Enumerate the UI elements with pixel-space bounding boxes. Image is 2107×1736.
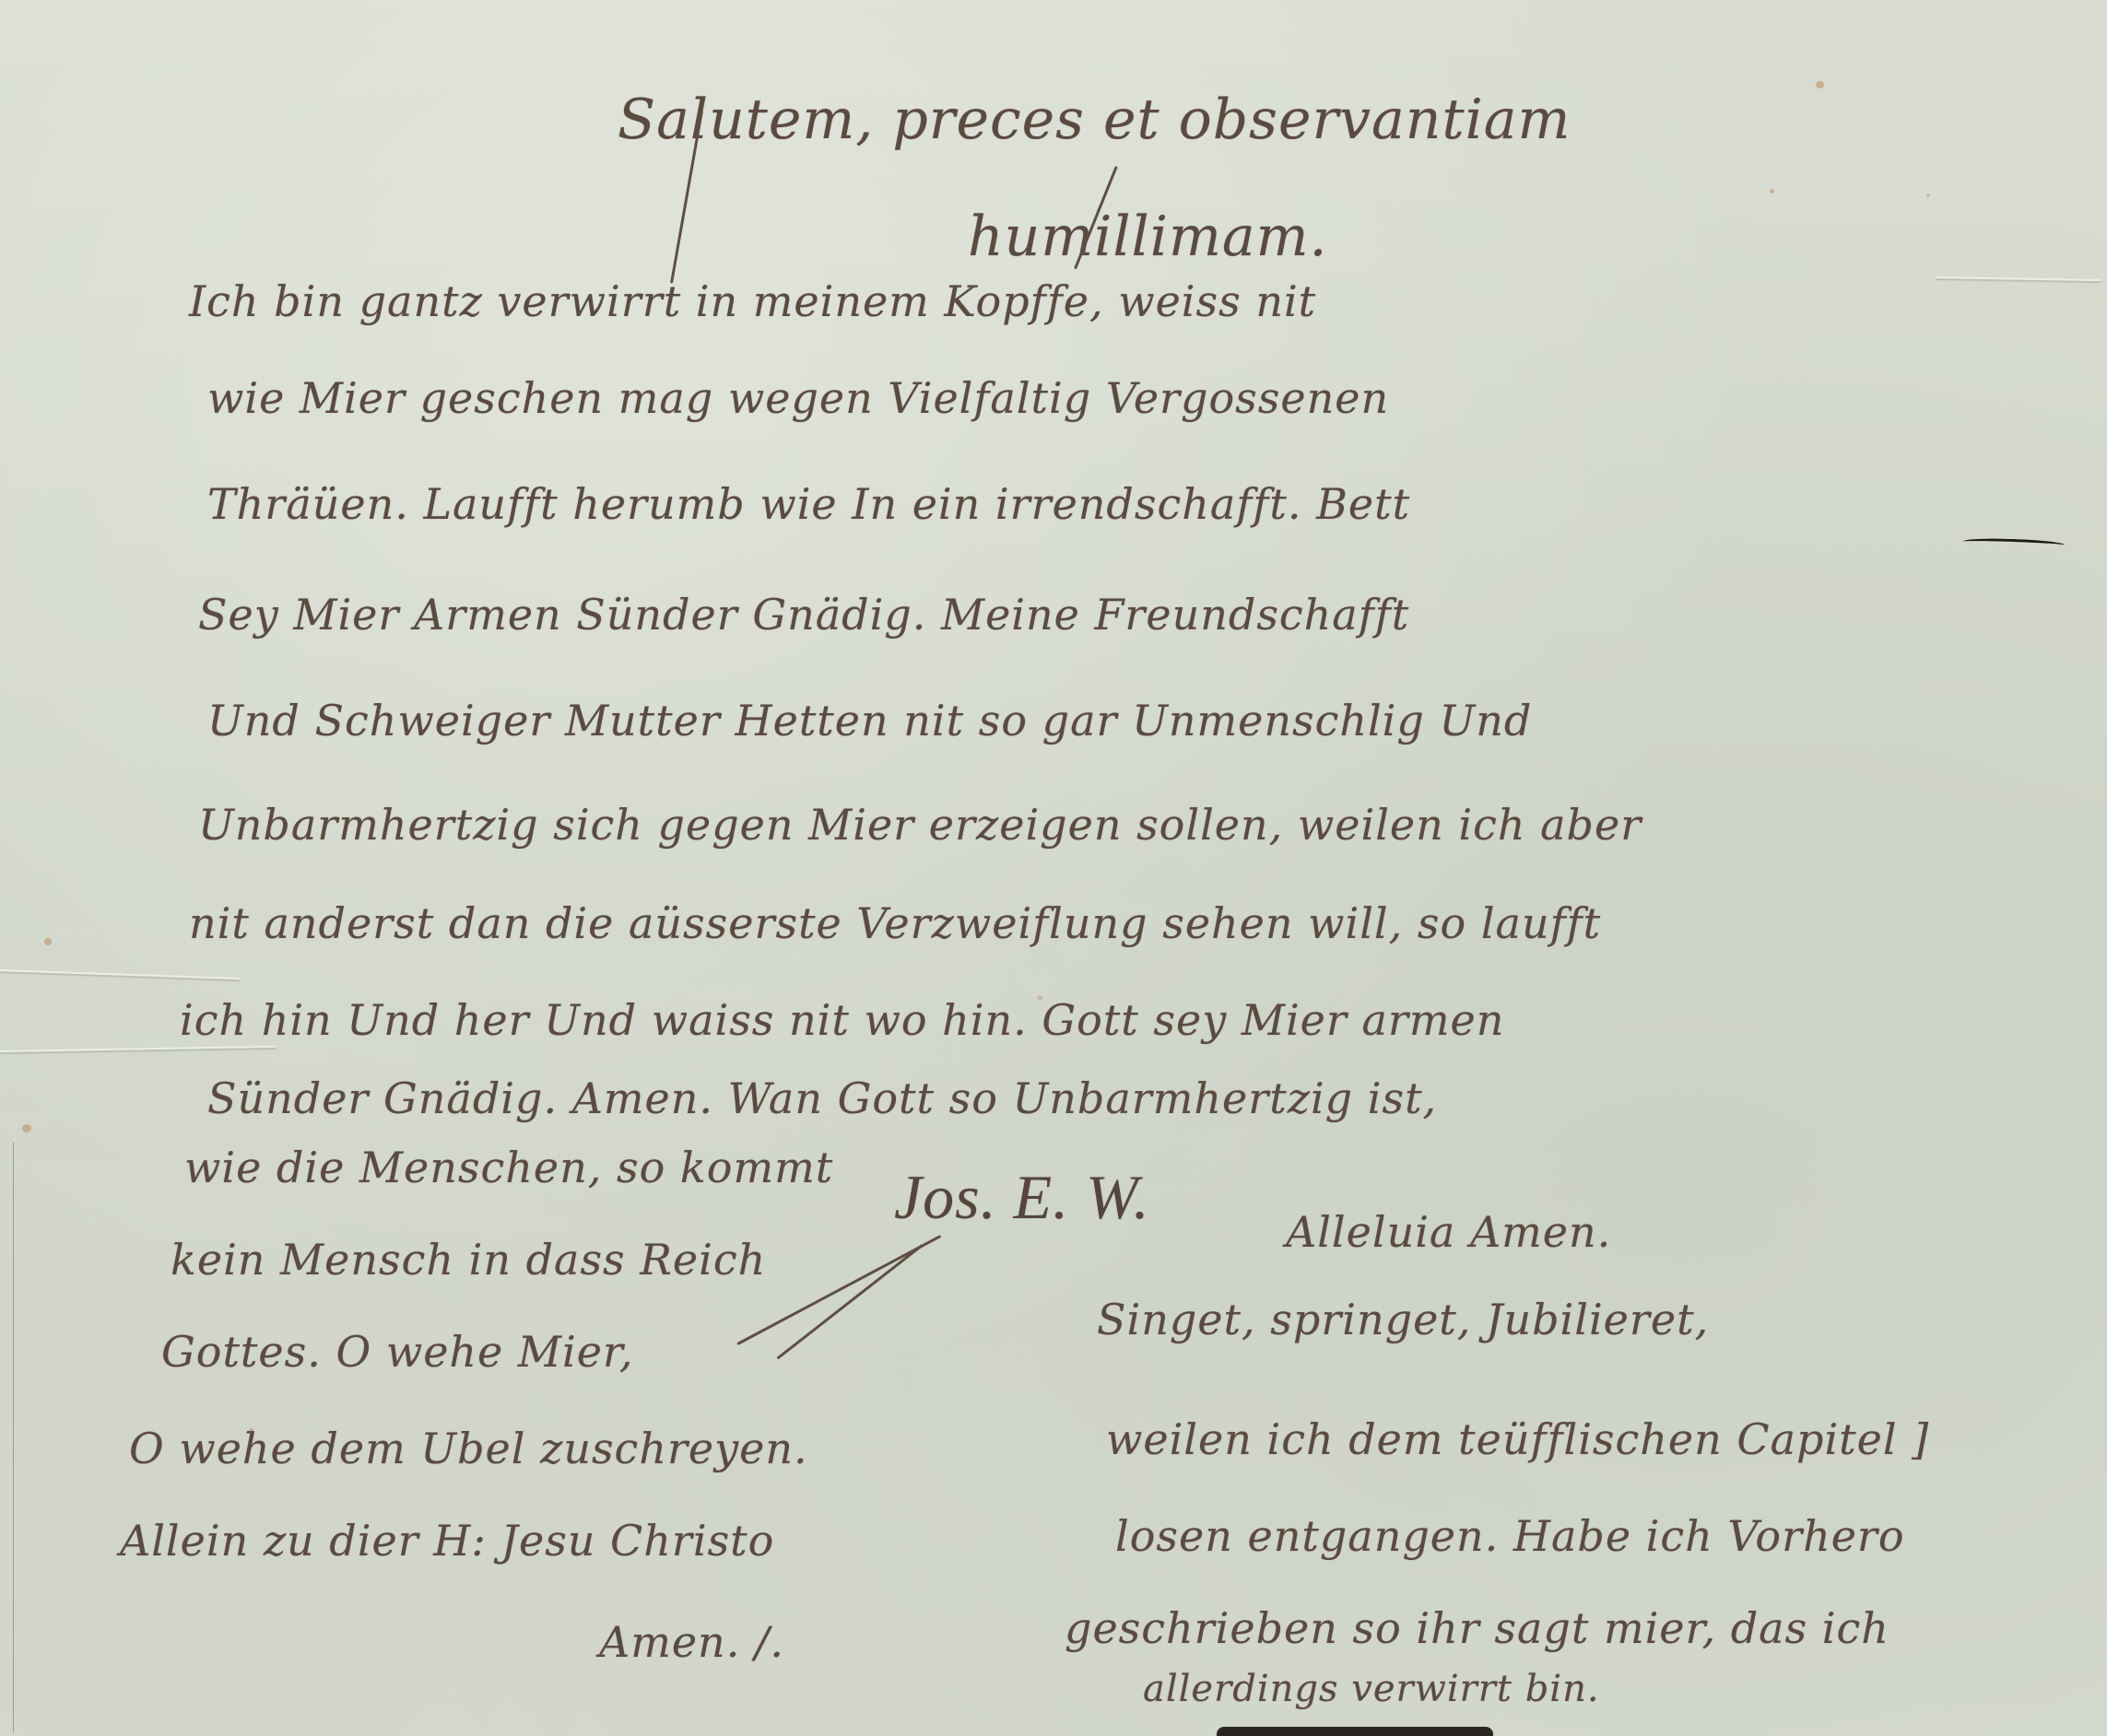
body-line: Ich bin gantz verwirrt in meinem Kopffe,… [189,276,1316,326]
body-line: Sey Mier Armen Sünder Gnädig. Meine Freu… [198,590,1409,639]
body-line: nit anderst dan die aüsserste Verzweiflu… [189,898,1601,948]
body-line: Thräüen. Laufft herumb wie In ein irrend… [207,479,1410,529]
paper-crease [0,1046,277,1052]
right-block-line: geschrieben so ihr sagt mier, das ich [1065,1603,1889,1653]
paper-stain [1770,189,1774,194]
left-block-line: kein Mensch in dass Reich [171,1235,766,1284]
body-line: Sünder Gnädig. Amen. Wan Gott so Unbarmh… [207,1073,1437,1123]
heading-line-2: humillimam. [968,205,1328,269]
right-block-line: Alleluia Amen. [1286,1207,1611,1257]
left-block-line: wie die Menschen, so kommt [184,1143,833,1192]
bottom-edge-shadow [1217,1727,1493,1736]
right-block-line: allerdings verwirrt bin. [1143,1668,1600,1710]
paper-stain [44,938,52,945]
right-block-line: weilen ich dem teüfflischen Capitel ] [1106,1414,1929,1464]
signature-flourish [776,1244,923,1359]
signature: Jos. E. W. [894,1161,1150,1234]
heading-line-1: Salutem, preces et observantiam [618,88,1571,152]
paper-stain [1926,194,1930,197]
right-block-line: Singet, springet, Jubilieret, [1097,1295,1709,1344]
right-block-line: losen entgangen. Habe ich Vorhero [1115,1511,1905,1561]
paper-crease [0,969,240,979]
paper-stain [1816,81,1824,88]
left-block-line: Amen. /. [599,1617,784,1667]
body-line: Und Schweiger Mutter Hetten nit so gar U… [207,696,1532,745]
body-line: ich hin Und her Und waiss nit wo hin. Go… [180,995,1504,1045]
paper-stain [22,1124,31,1132]
paper-crease [1936,276,2101,281]
left-block-line: Allein zu dier H: Jesu Christo [120,1516,774,1566]
body-line: wie Mier geschen mag wegen Vielfaltig Ve… [207,373,1389,423]
body-line: Unbarmhertzig sich gegen Mier erzeigen s… [198,800,1642,850]
left-block-line: Gottes. O wehe Mier, [161,1327,633,1377]
paper-tear [1963,537,2065,549]
margin-line [13,1143,14,1732]
left-block-line: O wehe dem Ubel zuschreyen. [129,1424,808,1473]
manuscript-page: Salutem, preces et observantiam humillim… [0,0,2107,1736]
